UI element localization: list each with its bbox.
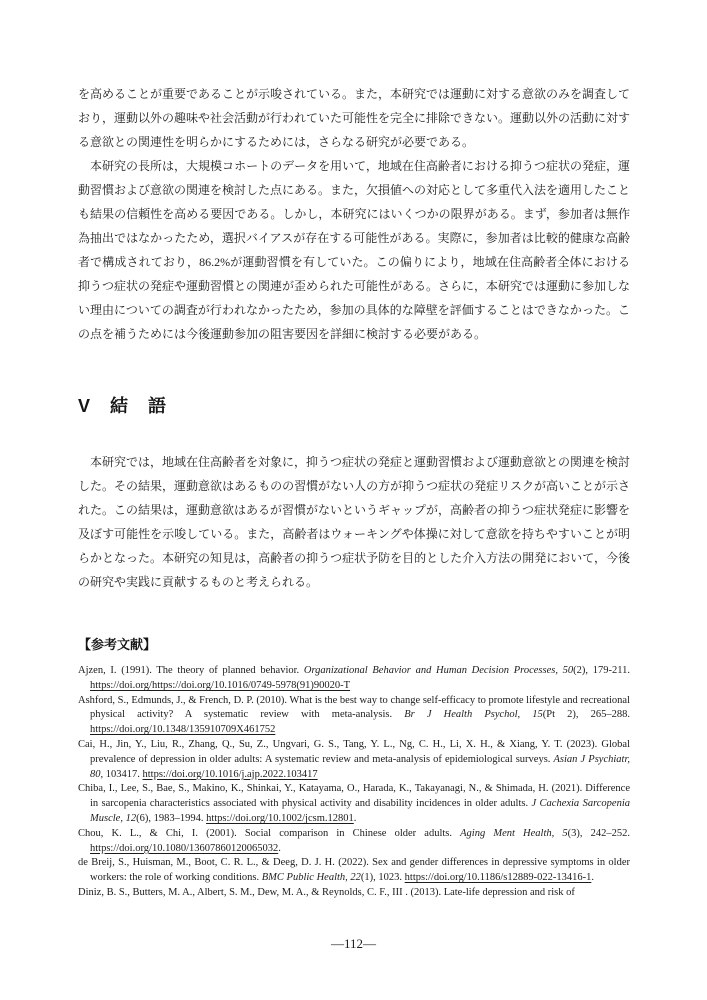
doi-link[interactable]: https://doi.org/10.1186/s12889-022-13416… [405, 872, 592, 883]
journal-name: Br J Health Psychol, 15 [404, 709, 543, 720]
doi-link[interactable]: https://doi.org/10.1002/jcsm.12801 [206, 813, 354, 824]
reference-text: . [591, 872, 594, 883]
doi-link[interactable]: https://doi.org/10.1016/j.ajp.2022.10341… [143, 769, 318, 780]
reference-text: (6), 1983–1994. [136, 813, 206, 824]
section-heading-conclusion: V 結 語 [78, 392, 630, 418]
reference-list: Ajzen, I. (1991). The theory of planned … [78, 664, 630, 901]
paragraph-discussion-continued: を高めることが重要であることが示唆されている。また，本研究では運動に対する意欲の… [78, 82, 630, 154]
reference-item: Chiba, I., Lee, S., Bae, S., Makino, K.,… [78, 782, 630, 826]
journal-name: Aging Ment Health, 5 [460, 828, 568, 839]
journal-name: Organizational Behavior and Human Decisi… [304, 665, 573, 676]
reference-item: Chou, K. L., & Chi, I. (2001). Social co… [78, 827, 630, 857]
reference-text: Ajzen, I. (1991). The theory of planned … [78, 665, 304, 676]
doi-link[interactable]: https://doi.org/10.1080/1360786012006503… [90, 843, 278, 854]
reference-text: (2), 179-211. [573, 665, 630, 676]
reference-item: Ashford, S., Edmunds, J., & French, D. P… [78, 694, 630, 738]
reference-text: Cai, H., Jin, Y., Liu, R., Zhang, Q., Su… [78, 739, 630, 765]
reference-text: (1), 1023. [361, 872, 405, 883]
doi-link[interactable]: https://doi.org/10.1348/135910709X461752 [90, 724, 275, 735]
reference-item: Diniz, B. S., Butters, M. A., Albert, S.… [78, 886, 630, 901]
reference-text: (Pt 2), 265–288. [543, 709, 630, 720]
page-content: を高めることが重要であることが示唆されている。また，本研究では運動に対する意欲の… [78, 82, 630, 901]
doi-link[interactable]: https://doi.org/https://doi.org/10.1016/… [90, 680, 350, 691]
reference-text: Chou, K. L., & Chi, I. (2001). Social co… [78, 828, 460, 839]
reference-text: (3), 242–252. [568, 828, 630, 839]
reference-text: Diniz, B. S., Butters, M. A., Albert, S.… [78, 887, 575, 898]
reference-text: . [354, 813, 357, 824]
page-number: —112— [0, 936, 707, 952]
reference-text: , 103417. [101, 769, 143, 780]
reference-item: Cai, H., Jin, Y., Liu, R., Zhang, Q., Su… [78, 738, 630, 782]
paragraph-strengths-limitations: 本研究の長所は，大規模コホートのデータを用いて，地域在住高齢者における抑うつ症状… [78, 154, 630, 346]
paragraph-conclusion: 本研究では，地域在住高齢者を対象に，抑うつ症状の発症と運動習慣および運動意欲との… [78, 450, 630, 594]
journal-name: BMC Public Health, 22 [262, 872, 361, 883]
reference-item: de Breij, S., Huisman, M., Boot, C. R. L… [78, 856, 630, 886]
page: を高めることが重要であることが示唆されている。また，本研究では運動に対する意欲の… [0, 0, 707, 1000]
reference-text: . [278, 843, 281, 854]
references-heading: 【参考文献】 [78, 634, 630, 653]
reference-item: Ajzen, I. (1991). The theory of planned … [78, 664, 630, 694]
